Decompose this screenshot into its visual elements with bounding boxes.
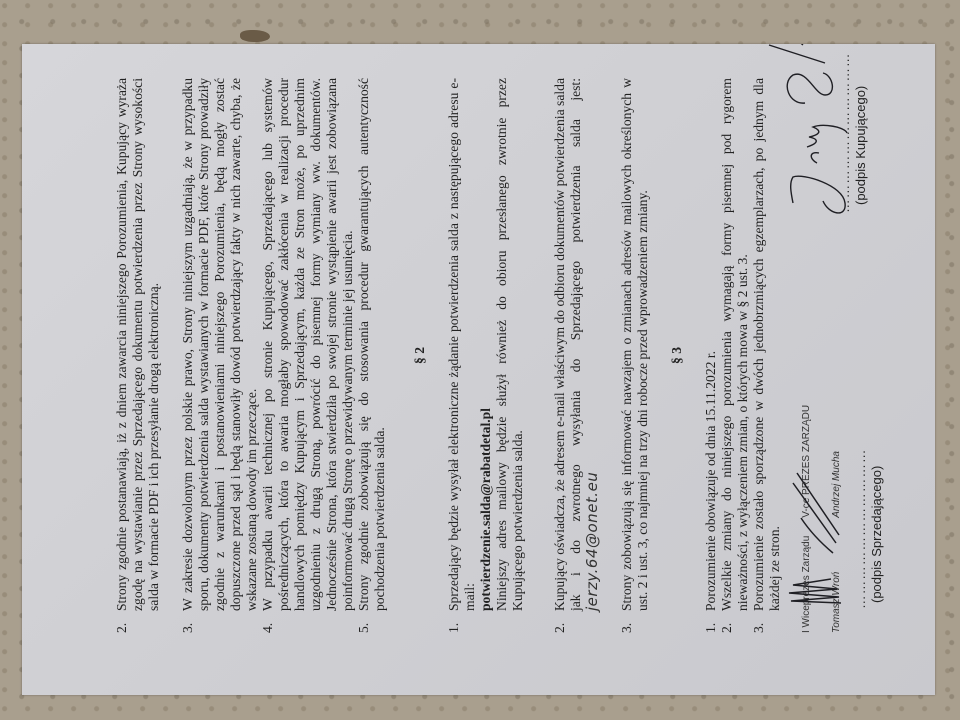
item-number: 2.	[552, 623, 568, 633]
section3-item-3: 3. Porozumienie zostało sporządzone w dw…	[751, 78, 783, 633]
item-text: W przypadku awarii technicznej po stroni…	[260, 78, 355, 611]
paragraph1-item-4: 4. W przypadku awarii technicznej po str…	[260, 78, 356, 633]
item-number: 1.	[703, 623, 719, 633]
item-number: 2.	[719, 623, 735, 633]
item-text: W zakresie dozwolonym przez polskie praw…	[180, 78, 259, 611]
section2-item-3: 3. Strony zobowiązują się informować naw…	[619, 78, 651, 633]
signature-area: I Wiceprezes Zarządu Tomasz Wroń V-ce PR…	[793, 78, 933, 633]
stamp-title-1: I Wiceprezes Zarządu	[799, 536, 815, 633]
section3-item-2: 2. Wszelkie zmiany do niniejszego porozu…	[719, 78, 751, 633]
item-text: Wszelkie zmiany do niniejszego porozumie…	[719, 78, 750, 611]
buyer-signature-caption: (podpis Kupującego)	[853, 44, 869, 205]
handwritten-buyer-email: jerzy.64@onet.eu	[583, 472, 601, 611]
item-number: 3.	[619, 623, 635, 633]
stamp-name-1: Tomasz Wroń	[829, 536, 845, 633]
item-text: Strony zgodnie postanawiają, iż z dniem …	[114, 78, 161, 611]
item-text: Kupujący oświadcza, że adresem e-mail wł…	[552, 78, 583, 611]
section-2-heading: § 2	[412, 78, 428, 633]
buyer-signature-line: ……………………………	[837, 44, 853, 213]
item-text: Porozumienie obowiązuje od dnia 15.11.20…	[703, 351, 718, 611]
item-number: 5.	[356, 623, 372, 633]
item-number: 1.	[446, 623, 462, 633]
stamp-name-2: Andrzej Mucha	[829, 405, 845, 518]
section3-item-1: 1. Porozumienie obowiązuje od dnia 15.11…	[703, 78, 719, 633]
document-page: 2. Strony zgodnie postanawiają, iż z dni…	[22, 44, 935, 695]
seller-email-address: potwierdzenie.salda@rabatdetal.pl	[478, 78, 494, 611]
seller-signature-caption: (podpis Sprzedającego)	[869, 373, 885, 603]
paper-sheet: 2. Strony zgodnie postanawiają, iż z dni…	[22, 44, 935, 695]
item-number: 2.	[114, 623, 130, 633]
seller-signature-line: ……………………………	[853, 373, 869, 609]
section2-item-1: 1. Sprzedający będzie wysyłał elektronic…	[446, 78, 526, 633]
item-text: Strony zgodnie zobowiązują się do stosow…	[356, 78, 387, 611]
item-text: Porozumienie zostało sporządzone w dwóch…	[751, 78, 782, 611]
item-number: 4.	[260, 623, 276, 633]
paragraph1-item-3: 3. W zakresie dozwolonym przez polskie p…	[180, 78, 260, 633]
stamp-title-2: V-ce PREZES ZARZĄDU	[799, 405, 815, 518]
item-number: 3.	[751, 623, 767, 633]
section-3-heading: § 3	[669, 78, 685, 633]
section2-item-2: 2. Kupujący oświadcza, że adresem e-mail…	[552, 78, 601, 633]
item-text-after: Niniejszy adres mailowy będzie służył ró…	[494, 78, 525, 611]
item-number: 3.	[180, 623, 196, 633]
item-text: Strony zobowiązują się informować nawzaj…	[619, 78, 650, 611]
document-content: 2. Strony zgodnie postanawiają, iż z dni…	[114, 78, 933, 633]
buyer-signature-block: …………………………… (podpis Kupującego)	[793, 44, 869, 213]
paragraph1-item-2: 2. Strony zgodnie postanawiają, iż z dni…	[114, 78, 162, 633]
seller-signature-block: I Wiceprezes Zarządu Tomasz Wroń V-ce PR…	[799, 373, 885, 633]
paragraph1-item-5: 5. Strony zgodnie zobowiązują się do sto…	[356, 78, 388, 633]
item-text: Sprzedający będzie wysyłał elektroniczne…	[446, 78, 477, 611]
desk-stain	[240, 30, 270, 42]
